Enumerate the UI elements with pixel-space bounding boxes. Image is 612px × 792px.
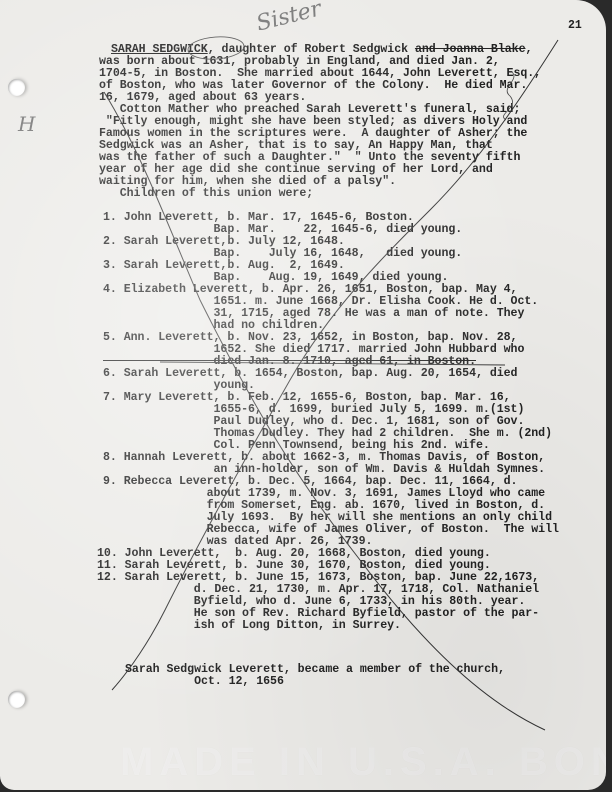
- page-number: 21: [568, 19, 582, 32]
- footer-line-1: Oct. 12, 1656: [125, 676, 284, 688]
- pencil-annotation-sister: Sister: [254, 0, 324, 37]
- child-line: ish of Long Ditton, in Surrey.: [97, 620, 401, 632]
- document-page: 21 Sister H SARAH SEDGWICK, daughter of …: [0, 0, 606, 790]
- punch-hole-bottom: [8, 691, 25, 708]
- pencil-margin-letter: H: [18, 112, 35, 136]
- intro-line-12: Children of this union were;: [99, 188, 313, 200]
- punch-hole-top: [8, 79, 25, 96]
- paper-watermark: MADE IN U.S.A. BOND: [120, 740, 606, 785]
